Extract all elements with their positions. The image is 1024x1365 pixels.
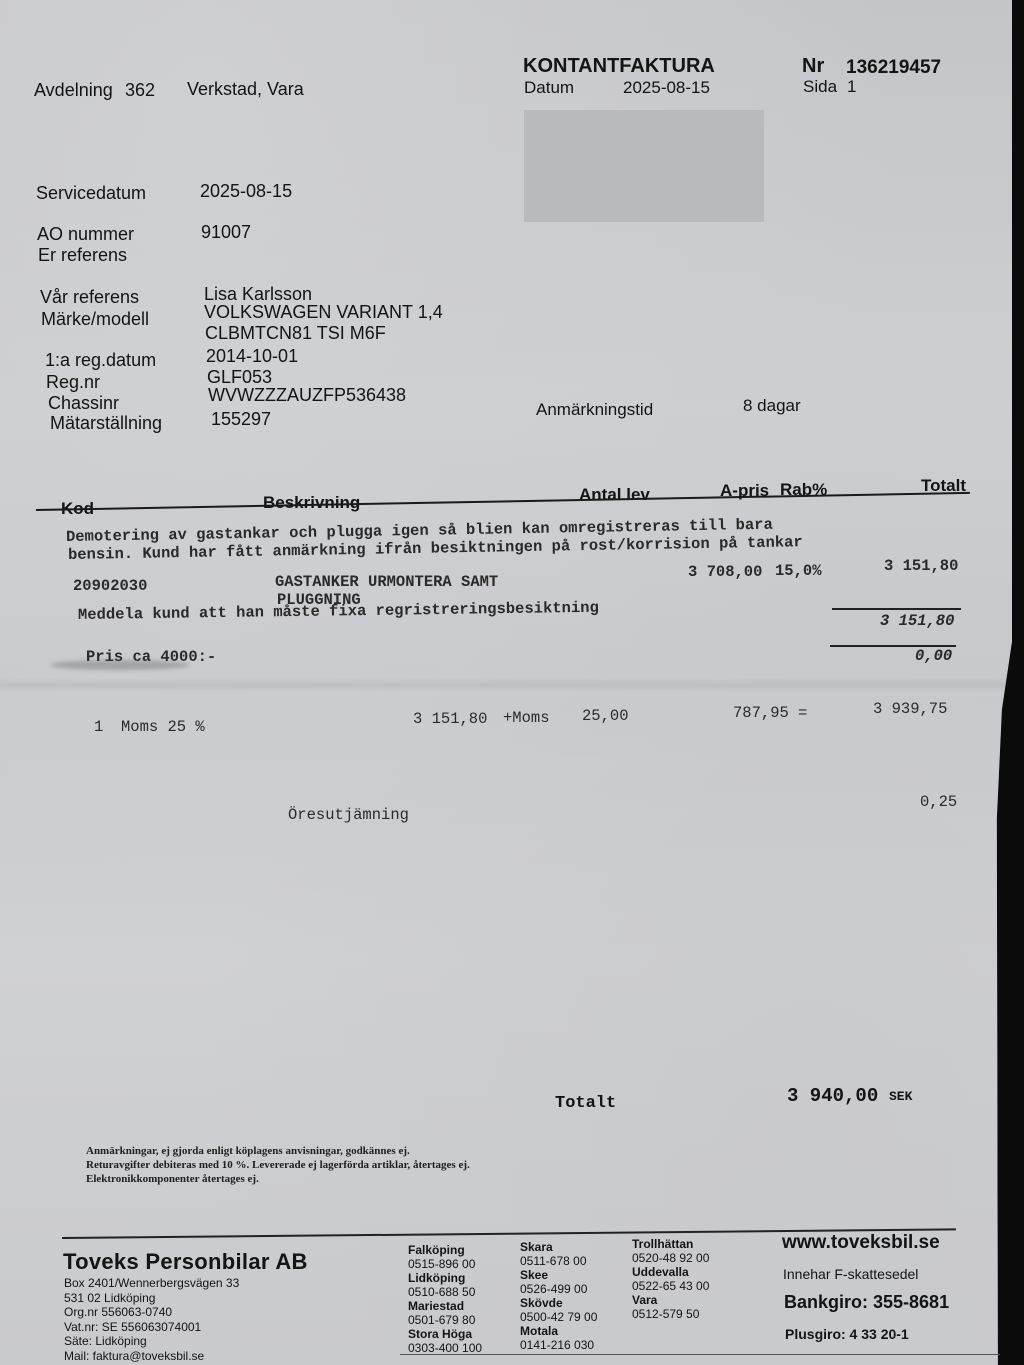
make-model-label: Märke/modell	[41, 309, 149, 330]
subtotal-rule	[832, 608, 961, 610]
address-line: Säte: Lidköping	[64, 1334, 239, 1349]
first-reg-label: 1:a reg.datum	[45, 350, 156, 371]
office-city: Uddevalla	[632, 1265, 709, 1279]
paper-fold	[0, 678, 1012, 692]
office-phone: 0520-48 92 00	[632, 1251, 709, 1265]
redacted-address-block	[524, 110, 764, 222]
office-phone: 0522-65 43 00	[632, 1279, 709, 1293]
invoice-title: KONTANTFAKTURA	[523, 55, 715, 78]
vat-amount: 787,95	[733, 704, 789, 722]
invoice-number-label: Nr	[802, 55, 824, 78]
office-city: Falköping	[408, 1243, 482, 1257]
make-model-line2: CLBMTCN81 TSI M6F	[205, 323, 386, 344]
vat-equals: =	[798, 704, 807, 722]
ao-number: 91007	[201, 222, 251, 243]
row-discount: 15,0%	[775, 562, 822, 580]
website-link[interactable]: www.toveksbil.se	[782, 1232, 940, 1254]
remark-period-label: Anmärkningstid	[536, 400, 653, 420]
office-phone: 0141-216 030	[520, 1338, 597, 1352]
service-date: 2025-08-15	[200, 181, 292, 202]
bankgiro: Bankgiro: 355-8681	[784, 1292, 949, 1313]
row-total: 3 151,80	[884, 557, 958, 575]
address-line: 531 02 Lidköping	[64, 1291, 239, 1306]
your-ref-label: Er referens	[38, 245, 127, 266]
chassis-number: WVWZZZAUZFP536438	[208, 385, 406, 406]
rounding-value: 0,25	[920, 793, 957, 811]
legal-line-1: Anmärkningar, ej gjorda enligt köplagens…	[86, 1144, 410, 1158]
office-city: Stora Höga	[408, 1327, 482, 1341]
mileage-label: Mätarställning	[50, 413, 162, 434]
grand-total-currency: SEK	[889, 1089, 912, 1104]
vat-rate: 25,00	[582, 707, 629, 725]
row-code: 20902030	[73, 577, 147, 595]
department-name: Verkstad, Vara	[187, 79, 304, 100]
grand-total-value: 3 940,00	[787, 1085, 878, 1107]
ink-smudge	[50, 660, 190, 670]
office-city: Motala	[520, 1324, 597, 1338]
department-label: Avdelning	[34, 80, 113, 101]
office-city: Mariestad	[408, 1299, 482, 1313]
chassis-label: Chassinr	[48, 393, 119, 414]
legal-line-2: Returavgifter debiteras med 10 %. Levere…	[86, 1158, 470, 1172]
office-city: Lidköping	[408, 1271, 482, 1285]
service-date-label: Servicedatum	[36, 183, 146, 204]
remark-period: 8 dagar	[743, 396, 801, 416]
office-phone: 0500-42 79 00	[520, 1310, 597, 1324]
date-label: Datum	[524, 78, 574, 98]
first-reg-date: 2014-10-01	[206, 346, 298, 367]
office-phone: 0510-688 50	[408, 1285, 482, 1299]
row-description-line1: GASTANKER URMONTERA SAMT	[275, 573, 498, 591]
plusgiro: Plusgiro: 4 33 20-1	[785, 1326, 909, 1342]
footer-rule-bottom	[400, 1354, 1000, 1355]
address-line: Org.nr 556063-0740	[64, 1305, 239, 1320]
row-unit-price: 3 708,00	[688, 563, 762, 581]
office-city: Trollhättan	[632, 1237, 709, 1251]
office-phone: 0501-679 80	[408, 1313, 482, 1327]
rounding-label: Öresutjämning	[288, 806, 409, 824]
legal-line-3: Elektronikkomponenter återtages ej.	[86, 1172, 259, 1186]
company-name: Toveks Personbilar AB	[63, 1249, 308, 1275]
grand-total-label: Totalt	[555, 1094, 616, 1113]
office-phone: 0511-678 00	[520, 1254, 597, 1268]
offices-column-1: Falköping 0515-896 00 Lidköping 0510-688…	[408, 1243, 482, 1355]
mileage: 155297	[211, 409, 271, 430]
our-ref-label: Vår referens	[40, 287, 139, 308]
office-city: Vara	[632, 1293, 709, 1307]
reg-nr-label: Reg.nr	[46, 372, 100, 393]
vat-index: 1	[94, 718, 103, 736]
ao-number-label: AO nummer	[37, 224, 134, 245]
page-label: Sida	[803, 77, 837, 97]
office-city: Skövde	[520, 1296, 597, 1310]
subtotal-2: 0,00	[915, 647, 952, 665]
office-phone: 0526-499 00	[520, 1282, 597, 1296]
department-number: 362	[125, 80, 155, 101]
invoice-date: 2025-08-15	[623, 78, 710, 98]
vat-label: Moms 25 %	[121, 718, 205, 736]
subtotal: 3 151,80	[880, 612, 954, 630]
invoice-number: 136219457	[846, 57, 941, 79]
col-header-qty: Antal lev	[579, 485, 650, 505]
offices-column-2: Skara 0511-678 00 Skee 0526-499 00 Skövd…	[520, 1240, 597, 1352]
address-line: Mail: faktura@toveksbil.se	[64, 1349, 239, 1364]
offices-column-3: Trollhättan 0520-48 92 00 Uddevalla 0522…	[632, 1237, 709, 1321]
vat-base: 3 151,80	[413, 710, 487, 728]
vat-total: 3 939,75	[873, 700, 947, 718]
address-line: Box 2401/Wennerbergsvägen 33	[64, 1276, 239, 1291]
office-city: Skara	[520, 1240, 597, 1254]
address-line: Vat.nr: SE 556063074001	[64, 1320, 239, 1335]
company-address: Box 2401/Wennerbergsvägen 33 531 02 Lidk…	[64, 1276, 239, 1363]
office-phone: 0515-896 00	[408, 1257, 482, 1271]
page-number: 1	[847, 77, 856, 97]
make-model-line1: VOLKSWAGEN VARIANT 1,4	[204, 302, 443, 323]
f-tax-notice: Innehar F-skattesedel	[783, 1266, 918, 1282]
office-city: Skee	[520, 1268, 597, 1282]
vat-plus-label: +Moms	[503, 709, 550, 727]
office-phone: 0303-400 100	[408, 1341, 482, 1355]
office-phone: 0512-579 50	[632, 1307, 709, 1321]
